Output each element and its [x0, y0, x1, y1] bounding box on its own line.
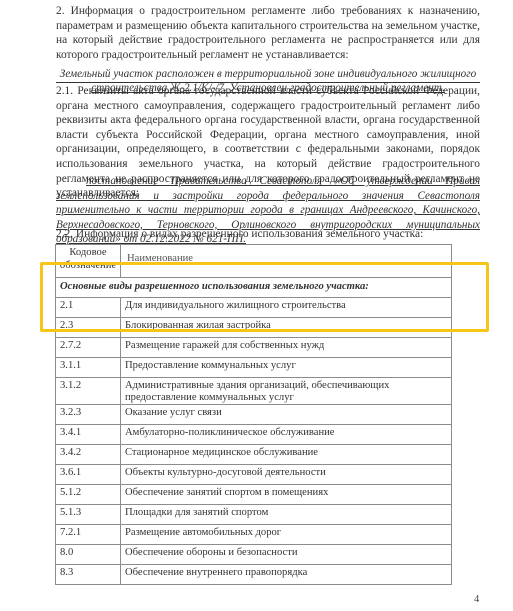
permitted-uses-table: Кодовое обозначение Наименование Основны… [55, 244, 452, 585]
table-row: 2.1Для индивидуального жилищного строите… [56, 298, 452, 318]
table-row: 2.3Блокированная жилая застройка [56, 318, 452, 338]
table-row: 5.1.2Обеспечение занятий спортом в помещ… [56, 485, 452, 505]
row-name: Объекты культурно-досуговой деятельности [121, 465, 452, 485]
row-name: Блокированная жилая застройка [121, 318, 452, 338]
table-row: 3.1.1Предоставление коммунальных услуг [56, 358, 452, 378]
row-code: 3.4.2 [56, 445, 121, 465]
row-code: 2.3 [56, 318, 121, 338]
row-name: Предоставление коммунальных услуг [121, 358, 452, 378]
row-name: Административные здания организаций, обе… [121, 378, 452, 405]
table-row: 3.6.1Объекты культурно-досуговой деятель… [56, 465, 452, 485]
row-code: 3.2.3 [56, 405, 121, 425]
row-code: 2.1 [56, 298, 121, 318]
section-2-paragraph: 2. Информация о градостроительном реглам… [56, 4, 480, 62]
table-header-row: Кодовое обозначение Наименование [56, 245, 452, 278]
zone-statement-line-1: Земельный участок расположен в территори… [56, 67, 480, 81]
table-section-row: Основные виды разрешенного использования… [56, 278, 452, 298]
table-row: 3.4.2Стационарное медицинское обслуживан… [56, 445, 452, 465]
table-row: 3.4.1Амбулаторно-поликлиническое обслужи… [56, 425, 452, 445]
row-name: Размещение гаражей для собственных нужд [121, 338, 452, 358]
row-code: 3.1.2 [56, 378, 121, 405]
row-code: 3.4.1 [56, 425, 121, 445]
row-name: Оказание услуг связи [121, 405, 452, 425]
row-name: Стационарное медицинское обслуживание [121, 445, 452, 465]
table-row: 8.3Обеспечение внутреннего правопорядка [56, 565, 452, 585]
row-name: Площадки для занятий спортом [121, 505, 452, 525]
table-row: 3.2.3Оказание услуг связи [56, 405, 452, 425]
page-number: 4 [474, 594, 479, 605]
row-code: 8.0 [56, 545, 121, 565]
table-row: 8.0Обеспечение обороны и безопасности [56, 545, 452, 565]
row-name: Для индивидуального жилищного строительс… [121, 298, 452, 318]
row-code: 8.3 [56, 565, 121, 585]
row-code: 7.2.1 [56, 525, 121, 545]
row-name: Обеспечение занятий спортом в помещениях [121, 485, 452, 505]
row-code: 3.6.1 [56, 465, 121, 485]
horizontal-rule [56, 82, 480, 83]
document-page: 2. Информация о градостроительном реглам… [0, 0, 513, 611]
table-row: 5.1.3Площадки для занятий спортом [56, 505, 452, 525]
table-row: 3.1.2Административные здания организаций… [56, 378, 452, 405]
row-name: Амбулаторно-поликлиническое обслуживание [121, 425, 452, 445]
section-title: Основные виды разрешенного использования… [56, 278, 452, 298]
row-code: 5.1.3 [56, 505, 121, 525]
section-2-2-paragraph: 2.2. Информация о видах разрешенного исп… [56, 227, 480, 242]
row-name: Обеспечение обороны и безопасности [121, 545, 452, 565]
row-name: Обеспечение внутреннего правопорядка [121, 565, 452, 585]
row-code: 5.1.2 [56, 485, 121, 505]
row-code: 3.1.1 [56, 358, 121, 378]
table-row: 2.7.2Размещение гаражей для собственных … [56, 338, 452, 358]
header-code: Кодовое обозначение [56, 245, 121, 278]
table-row: 7.2.1Размещение автомобильных дорог [56, 525, 452, 545]
row-name: Размещение автомобильных дорог [121, 525, 452, 545]
header-name: Наименование [121, 245, 452, 278]
row-code: 2.7.2 [56, 338, 121, 358]
